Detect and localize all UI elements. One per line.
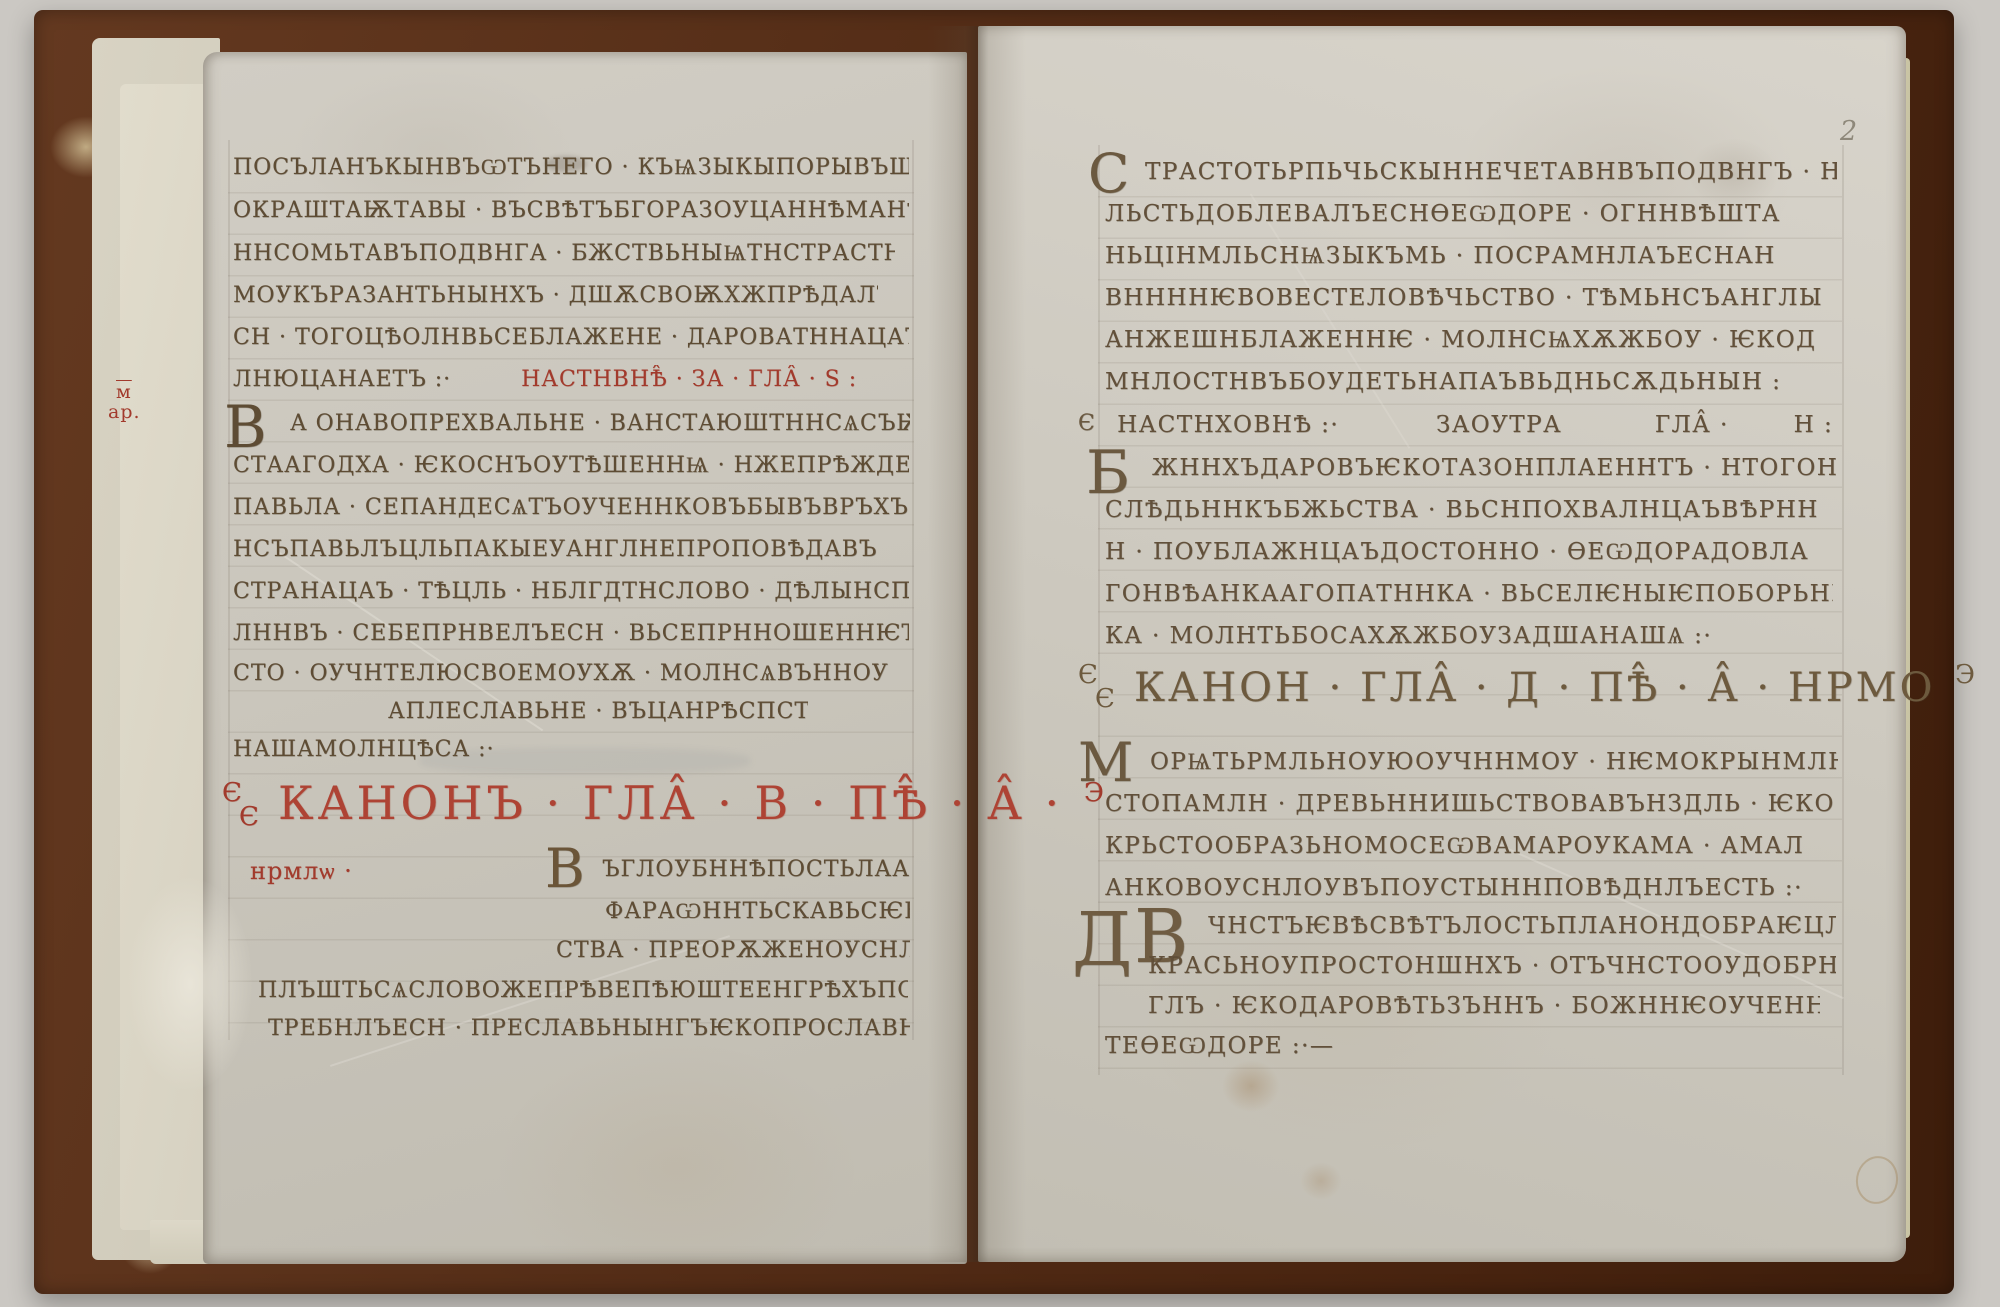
ornamental-initial-D: Д [1072,903,1132,977]
manuscript-line: НСЪПАВЬЛЪЦЛЬПАКЫЕУАНГЛНЕПРОПОВѢДАВЪ [233,535,893,565]
manuscript-line: ТЕѲЕѠДОРЕ :·— [1105,1031,1405,1061]
rubric-segment: ЗАОУТРА [1436,412,1562,438]
manuscript-line: Н · ПОУБЛАЖНЦАЪДОСТОННО · ѲЕѠДОРАДОВЛА [1105,537,1833,567]
ornament-icon: Є [1095,684,1115,714]
manuscript-line: ПЛЪШТЬСѦСЛОВОЖЕПРѢВЕПѢЮШТЕЕНГРѢХЪПО [258,976,908,1006]
rubric-red-segment: НАСТНВНѢ̂ · ЗА · ГЛА̂ · Ѕ : [521,367,857,392]
manuscript-line: НАШАМОЛНЦѢСА :· [233,735,573,765]
manuscript-line: АНЖЕШНБЛАЖЕННѤ · МОЛНСѨХѪЖБОУ · ѤКОДА [1105,325,1815,355]
manuscript-line: ЧНСТЪѤВѢСВѢТЪЛОСТЬПЛАНОНДОБРАѤЦЛЪ · ПРѢ [1208,911,1836,941]
manuscript-line: ЪГЛОУБННѢПОСТЬЛААДРЕВЛЕ · [602,855,910,885]
manuscript-line: КРЬСТООБРАЗЬНОМОСЕѠВАМАРОУКАМА · АМАЛ [1105,831,1833,861]
manuscript-line: А ОНАВОПРЕХВАЛЬНЕ · ВАНСТАЮШТННСѦСЪѬДЕ [290,409,910,439]
manuscript-line-indented: СТВА · ПРЕОРѪЖЕНОУСНЛОУ · ВЪ [556,936,910,966]
manuscript-line: СТААГОДХА · ѤКОСНЪОУТѢШЕННѨ · НЖЕПРѢЖДЕ [233,451,909,481]
ornament-icon: Є [1078,409,1096,439]
manuscript-line-indented: ГЛЪ · ѤКОДАРОВѢТЬЗЪННЪ · БОЖННѤОУЧЕНН [1148,991,1820,1021]
rubric-line: Є НАСТНХОВНѢ :· ЗАОУТРА ГЛА̂ · Н : [1078,409,1838,440]
manuscript-line: ТРЕБНЛЪЕСН · ПРЕСЛАВЬНЫНГЪѤКОПРОСЛАВНСѦ [268,1014,910,1044]
manuscript-line: СЛѢДЬННКЪБЖЬСТВА · ВЬСНПОХВАЛНЦАЪВѢРНН [1105,495,1833,525]
rubric-segment: НАСТНХОВНѢ :· [1117,412,1339,438]
manuscript-line: ВННННѤВОВЕСТЕЛОВѢЧЬСТВО · ТѢМЬНСЪАНГЛЫ [1105,283,1833,313]
ornamental-initial-V: В [545,842,585,896]
manuscript-line: ПОСЪЛАНЪКЫНВЪѠТЪНЕГО · КЪѨЗЫКЫПОРЫВЪШАѦ [233,153,909,183]
manuscript-line: ГОНВѢАНКААГОПАТННКА · ВЬСЕЛѤНЫѤПОБОРЬНІ [1105,579,1833,609]
rubric-segment: ГЛА̂ · [1655,412,1729,438]
irmos-label: нрмлѡ · [250,856,380,886]
manuscript-line: ПАВЬЛА · СЕПАНДЕСѦТЪОУЧЕННКОВЪБЫВЪВРЪХЪ … [233,493,909,523]
ornamental-initial-B: Б [1086,443,1130,503]
manuscript-line: СТРАНАЦАЪ · ТѢЦЛЬ · НБЛГДТНСЛОВО · ДѢЛЫН… [233,577,909,607]
manuscript-line: ЛЬСТЬДОБЛЕВАЛЪЕСНѲЕѠДОРЕ · ОГННВѢШТА [1105,199,1833,229]
manuscript-line-indented: ФАРАѠННТЬСКАВЬСѤВОННЬ [605,897,910,927]
manuscript-line: МОУКЪРАЗАНТЬНЫНХЪ · ДШѪСВОѬХЖПРѢДАЛЪ [233,281,878,311]
manuscript-line: АНКОВОУСНЛОУВЪПОУСТЫННПОВѢДНЛЪЕСТЬ :· [1105,873,1815,903]
ornament-icon: Є [239,802,259,832]
margin-note: ар. [108,401,141,423]
rubric-line: ЛНЮЦАНАЕТЪ :· НАСТНВНѢ̂ · ЗА · ГЛА̂ · Ѕ … [233,365,909,395]
ornamental-initial-S: С [1088,147,1129,201]
manuscript-line: МНЛОСТНВЪБОУДЕТЬНАПАЪВЬДНЬСѪДЬНЫН : [1105,367,1805,397]
margin-note: м [116,381,132,403]
canon-heading-right: Є Є КАНОН · ГЛА̂ · Д · ПѢ̂ · А̂ · НРМО Є [1078,660,1974,714]
manuscript-line: ЛННВЪ · СЕБЕПРНВЕЛЪЕСН · ВЬСЕПРННОШЕННѤТ… [233,619,909,649]
manuscript-line: ННСОМЬТАВЪПОДВНГА · БЖСТВЬНЫѨТНСТРАСТН [233,239,895,269]
gutter-shadow [928,26,1026,1262]
canon-heading-text: КАНОНЪ · ГЛА̂ · В · ПѢ̂ · А̂ · [278,776,1063,830]
canon-heading-text: КАНОН · ГЛА̂ · Д · ПѢ̂ · А̂ · НРМО [1134,665,1935,711]
margin-rule [1842,145,1844,1075]
manuscript-line-indented: АПЛЕСЛАВЬНЕ · ВЪЦАНРѢСПСТНДША [388,697,808,727]
rubric-segment: Н : [1794,412,1834,438]
manuscript-line-indented: КРАСЬНОУПРОСТОНШНХЪ · ОТЪЧНСТООУДОБРН [1148,951,1836,981]
manuscript-line: ОРѨТЬРМЛЬНОУЮОУЧННМОУ · НѤМОКРЫНМЛН [1150,747,1838,777]
margin-rule [912,140,914,1040]
rubricated-initial-V: В [224,398,267,456]
ornamental-initial-M: М [1078,736,1133,790]
stain-spot [1300,1162,1342,1200]
worn-patch [128,878,252,1090]
manuscript-line: ТРАСТОТЬРПЬЧЬСКЫННЕЧЕТАВНВЪПОДВНГЪ · НА [1145,157,1837,187]
manuscript-line: ЖННХЪДАРОВЪѤКОТАЗОНПЛАЕННТЪ · НТОГОНА [1152,453,1836,483]
ornament-icon: Є [1955,660,1975,690]
manuscript-line: СН · ТОГОЦѢОЛНВЬСЕБЛАЖЕНЕ · ДАРОВАТННАЦА… [233,323,909,353]
manuscript-line: СТОПАМЛН · ДРЕВЬННИШЬСТВОВАВЪНЗДЛЬ · ѤКО [1105,789,1833,819]
stain-spot [1222,1060,1280,1112]
canon-heading-left: Є Є КАНОНЪ · ГЛА̂ · В · ПѢ̂ · А̂ · Є [222,776,1104,832]
manuscript-line: СТО · ОУЧНТЕЛЮСВОЕМОУХѪ · МОЛНСѦВЪННОУ [233,659,893,689]
manuscript-line: КА · МОЛНТЬБОСАХѪЖБОУЗАДШАНАШѦ :· [1105,621,1725,651]
manuscript-line: ОКРАШТАѬТАВЫ · ВЪСВѢТЪБГОРАЗОУЦАННѢМАНѢ [233,196,909,226]
page-number: 2 [1840,116,1857,147]
manuscript-photo: ПОСЪЛАНЪКЫНВЪѠТЪНЕГО · КЪѨЗЫКЫПОРЫВЪШАѦ … [0,0,2000,1307]
rubric-dark-segment: ЛНЮЦАНАЕТЪ :· [233,367,451,392]
manuscript-line: НЬЦІНМЛЬСНѨЗЫКЪМЬ · ПОСРАМНЛАЪЕСНАН [1105,241,1833,271]
